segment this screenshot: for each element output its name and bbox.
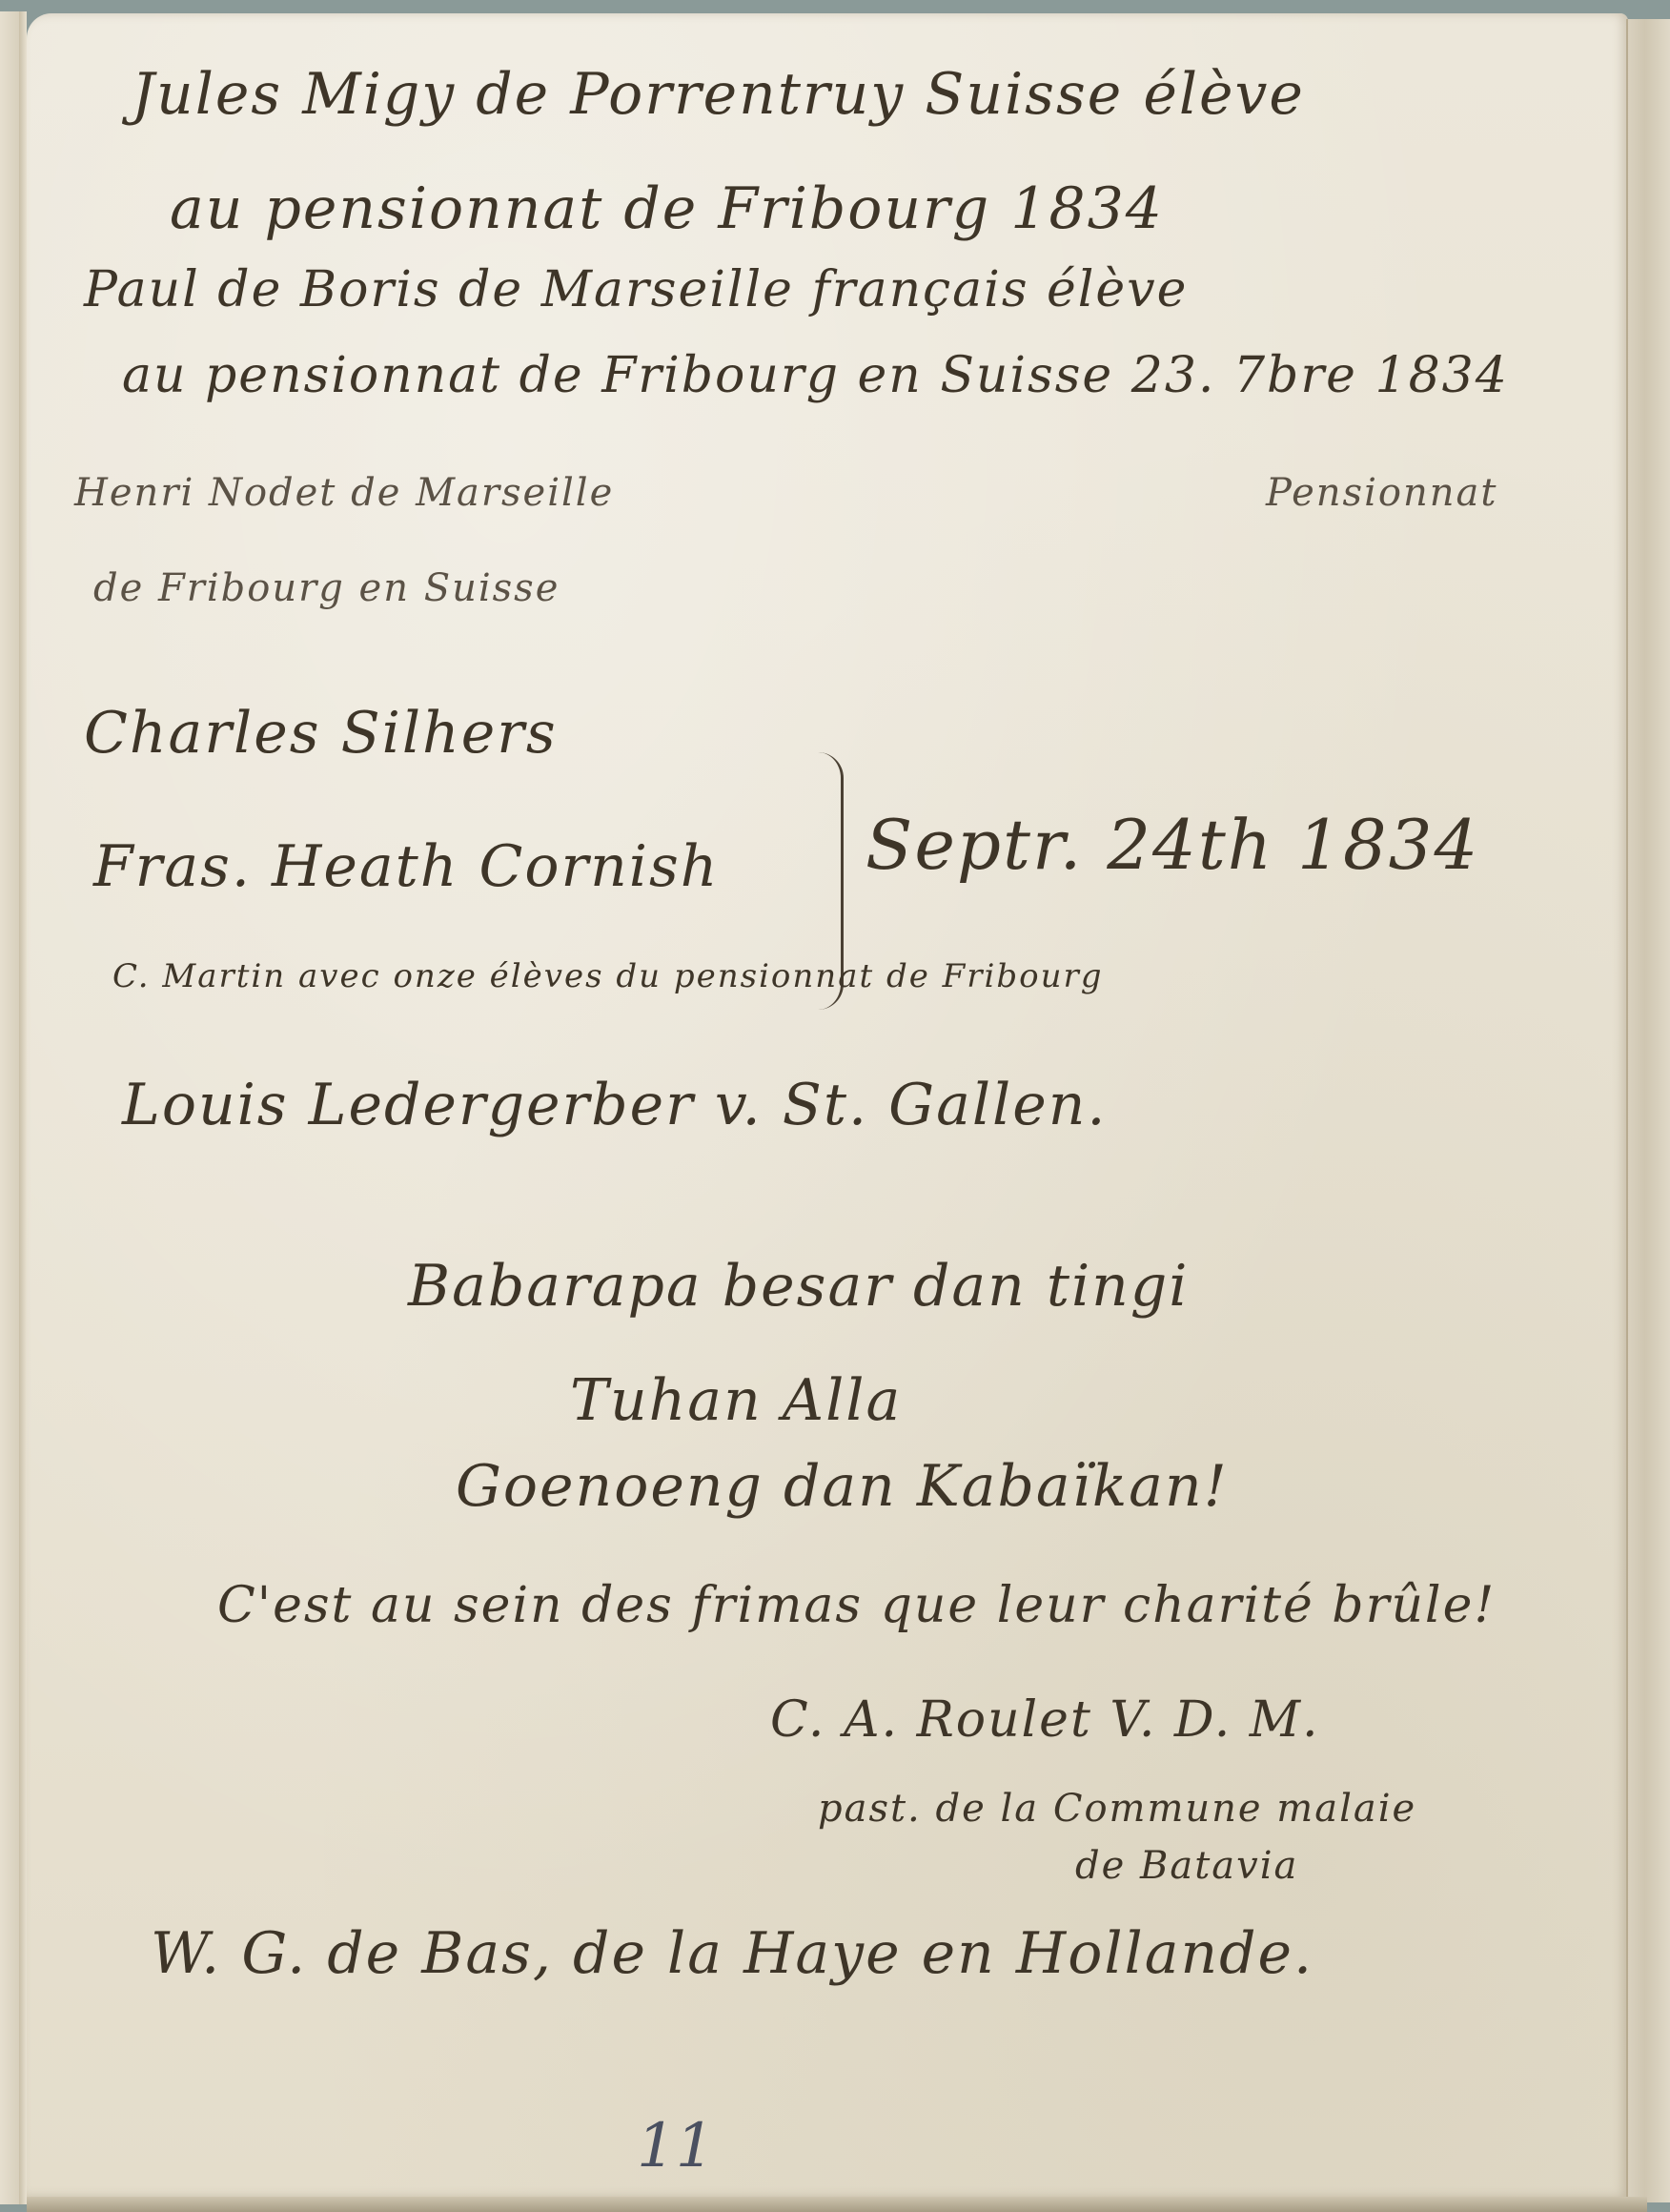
entry-henri-line-2: de Fribourg en Suisse <box>93 566 560 610</box>
signature-roulet: C. A. Roulet V. D. M. <box>770 1691 1320 1749</box>
verse-french: C'est au sein des frimas que leur charit… <box>217 1577 1496 1634</box>
entry-jules-line-1: Jules Migy de Porrentruy Suisse élève <box>132 61 1305 128</box>
entry-paul-line-1: Paul de Boris de Marseille français élèv… <box>84 261 1188 318</box>
note-pensionnat: Pensionnat <box>1266 471 1497 515</box>
verse-malay-line-2: Tuhan Alla <box>570 1367 902 1434</box>
manuscript-page: Jules Migy de Porrentruy Suisse élève au… <box>27 13 1628 2197</box>
verse-malay-line-1: Babarapa besar dan tingi <box>408 1253 1189 1320</box>
entry-louis: Louis Ledergerber v. St. Gallen. <box>122 1072 1107 1138</box>
verse-malay-line-3: Goenoeng dan Kabaïkan! <box>456 1453 1229 1520</box>
signature-roulet-title: past. de la Commune malaie <box>818 1787 1416 1831</box>
bottom-page-edges <box>27 2197 1647 2212</box>
signature-roulet-place: de Batavia <box>1075 1844 1298 1888</box>
facing-page-edge <box>0 11 21 2204</box>
entry-de-bas: W. G. de Bas, de la Haye en Hollande. <box>151 1920 1314 1987</box>
entry-fras: Fras. Heath Cornish <box>93 833 719 900</box>
entry-charles: Charles Silhers <box>84 700 558 767</box>
page-number: 11 <box>637 2111 714 2181</box>
entry-henri-line-1: Henri Nodet de Marseille <box>74 471 614 515</box>
binding-gutter <box>19 11 27 2204</box>
stacked-page-edges <box>1626 19 1670 2202</box>
entry-martin: C. Martin avec onze élèves du pensionnat… <box>112 957 1104 995</box>
entry-paul-line-2: au pensionnat de Fribourg en Suisse 23. … <box>122 347 1509 404</box>
entry-jules-line-2: au pensionnat de Fribourg 1834 <box>170 175 1164 242</box>
entry-date-bracket: Septr. 24th 1834 <box>866 805 1479 885</box>
